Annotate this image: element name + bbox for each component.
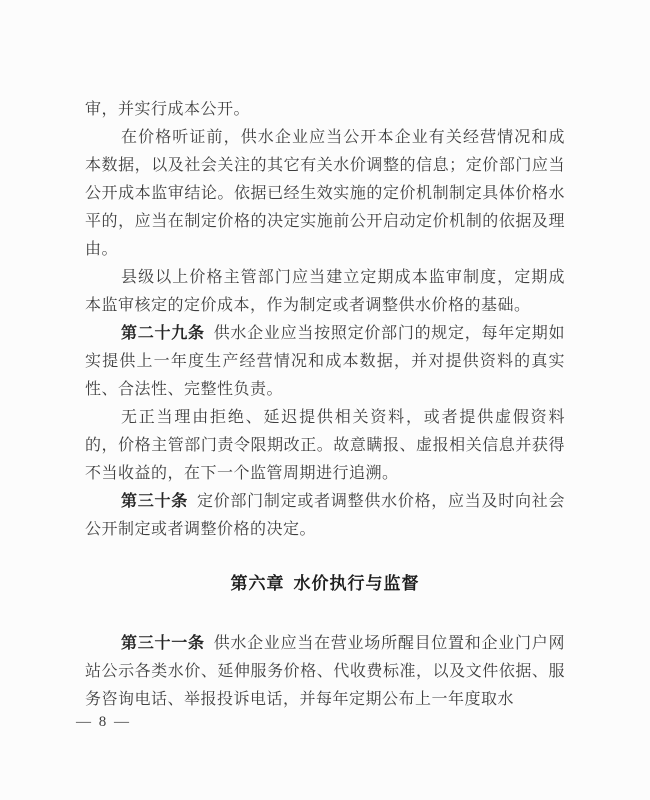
paragraph: 无正当理由拒绝、延迟提供相关资料，或者提供虚假资料的，价格主管部门责令限期改正。… — [85, 404, 565, 488]
document-page: 审，并实行成本公开。 在价格听证前，供水企业应当公开本企业有关经营情况和成本数据… — [0, 0, 650, 800]
document-body: 审，并实行成本公开。 在价格听证前，供水企业应当公开本企业有关经营情况和成本数据… — [85, 96, 565, 714]
paragraph-article-30: 第三十条定价部门制定或者调整供水价格，应当及时向社会公开制定或者调整价格的决定。 — [85, 488, 565, 544]
chapter-title: 水价执行与监督 — [294, 574, 420, 593]
chapter-number: 第六章 — [231, 574, 285, 593]
paragraph-continuation: 审，并实行成本公开。 — [85, 96, 565, 124]
paragraph-article-31: 第三十一条供水企业应当在营业场所醒目位置和企业门户网站公示各类水价、延伸服务价格… — [85, 630, 565, 714]
paragraph: 在价格听证前，供水企业应当公开本企业有关经营情况和成本数据，以及社会关注的其它有… — [85, 124, 565, 264]
article-number: 第三十一条 — [121, 635, 205, 652]
article-number: 第三十条 — [121, 493, 188, 510]
paragraph-article-29: 第二十九条供水企业应当按照定价部门的规定，每年定期如实提供上一年度生产经营情况和… — [85, 320, 565, 404]
chapter-heading: 第六章水价执行与监督 — [85, 570, 565, 598]
paragraph: 县级以上价格主管部门应当建立定期成本监审制度，定期成本监审核定的定价成本，作为制… — [85, 264, 565, 320]
page-number: — 8 — — [76, 710, 131, 734]
article-number: 第二十九条 — [121, 325, 205, 342]
